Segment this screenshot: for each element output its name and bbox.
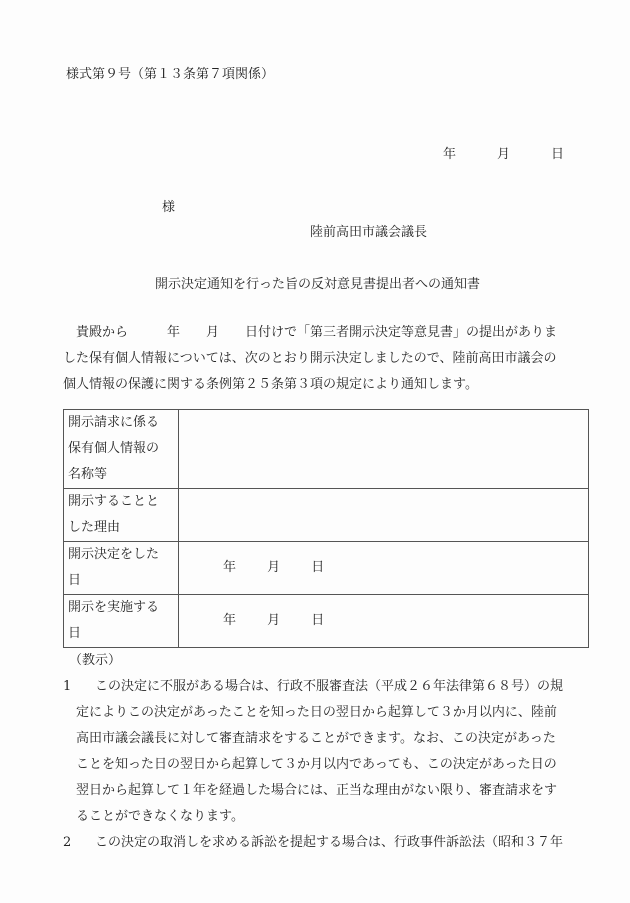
label-line: 名称等 xyxy=(68,462,178,488)
row-label-implementation-date: 開示を実施する 日 xyxy=(64,595,179,648)
body-line: 貴殿から 年 月 日付けで「第三者開示決定等意見書」の提出がありま xyxy=(63,320,591,346)
day-label: 日 xyxy=(311,608,324,634)
note-number: 1 xyxy=(63,674,95,700)
note-number: 2 xyxy=(63,830,95,856)
date-month-label: 月 xyxy=(497,148,510,161)
decision-date-field[interactable]: 年 月 日 xyxy=(179,542,589,595)
note-line: ることができなくなります。 xyxy=(63,804,591,830)
date-year-label: 年 xyxy=(443,148,456,161)
disclosure-table: 開示請求に係る 保有個人情報の 名称等 開示することと した理由 開示決定をした… xyxy=(63,409,589,648)
month-label: 月 xyxy=(267,555,307,581)
year-label: 年 xyxy=(223,608,263,634)
note-item-1: 1この決定に不服がある場合は、行政不服審査法（平成２６年法律第６８号）の規 定に… xyxy=(63,674,591,830)
document-title: 開示決定通知を行った旨の反対意見書提出者への通知書 xyxy=(155,278,480,291)
table-row: 開示を実施する 日 年 月 日 xyxy=(64,595,589,648)
row-label-decision-date: 開示決定をした 日 xyxy=(64,542,179,595)
label-line: 日 xyxy=(68,568,178,594)
body-line: 個人情報の保護に関する条例第２５条第３項の規定により通知します。 xyxy=(63,372,591,398)
table-row: 開示することと した理由 xyxy=(64,489,589,542)
label-line: した理由 xyxy=(68,515,178,541)
body-line: した保有個人情報については、次のとおり開示決定しましたので、陸前高田市議会の xyxy=(63,346,591,372)
row-label-record-name: 開示請求に係る 保有個人情報の 名称等 xyxy=(64,410,179,489)
month-label: 月 xyxy=(267,608,307,634)
note-line: 翌日から起算して１年を経過した場合には、正当な理由がない限り、審査請求をす xyxy=(63,778,591,804)
implementation-date-field[interactable]: 年 月 日 xyxy=(179,595,589,648)
notes-heading: （教示） xyxy=(63,648,591,674)
body-paragraph: 貴殿から 年 月 日付けで「第三者開示決定等意見書」の提出がありま した保有個人… xyxy=(63,320,591,398)
table-row: 開示決定をした 日 年 月 日 xyxy=(64,542,589,595)
note-line: 定によりこの決定があったことを知った日の翌日から起算して３か月以内に、陸前 xyxy=(63,700,591,726)
form-number: 様式第９号（第１３条第７項関係） xyxy=(66,68,274,81)
label-line: 日 xyxy=(68,621,178,647)
table-row: 開示請求に係る 保有個人情報の 名称等 xyxy=(64,410,589,489)
year-label: 年 xyxy=(223,555,263,581)
label-line: 開示を実施する xyxy=(68,595,178,621)
label-line: 保有個人情報の xyxy=(68,436,178,462)
reason-field[interactable] xyxy=(179,489,589,542)
label-line: 開示請求に係る xyxy=(68,410,178,436)
notes-section: （教示） 1この決定に不服がある場合は、行政不服審査法（平成２６年法律第６８号）… xyxy=(63,648,591,856)
sender-name: 陸前高田市議会議長 xyxy=(310,226,427,239)
day-label: 日 xyxy=(311,555,324,581)
label-line: 開示することと xyxy=(68,489,178,515)
row-label-reason: 開示することと した理由 xyxy=(64,489,179,542)
note-line: この決定に不服がある場合は、行政不服審査法（平成２６年法律第６８号）の規 xyxy=(95,679,563,694)
note-line: 高田市議会議長に対して審査請求をすることができます。なお、この決定があった xyxy=(63,726,591,752)
note-line: ことを知った日の翌日から起算して３か月以内であっても、この決定があった日の xyxy=(63,752,591,778)
note-item-2: 2この決定の取消しを求める訴訟を提起する場合は、行政事件訴訟法（昭和３７年 xyxy=(63,830,591,856)
date-day-label: 日 xyxy=(551,148,564,161)
label-line: 開示決定をした xyxy=(68,542,178,568)
addressee-suffix: 様 xyxy=(162,201,175,214)
note-line: この決定の取消しを求める訴訟を提起する場合は、行政事件訴訟法（昭和３７年 xyxy=(95,835,563,850)
record-name-field[interactable] xyxy=(179,410,589,489)
